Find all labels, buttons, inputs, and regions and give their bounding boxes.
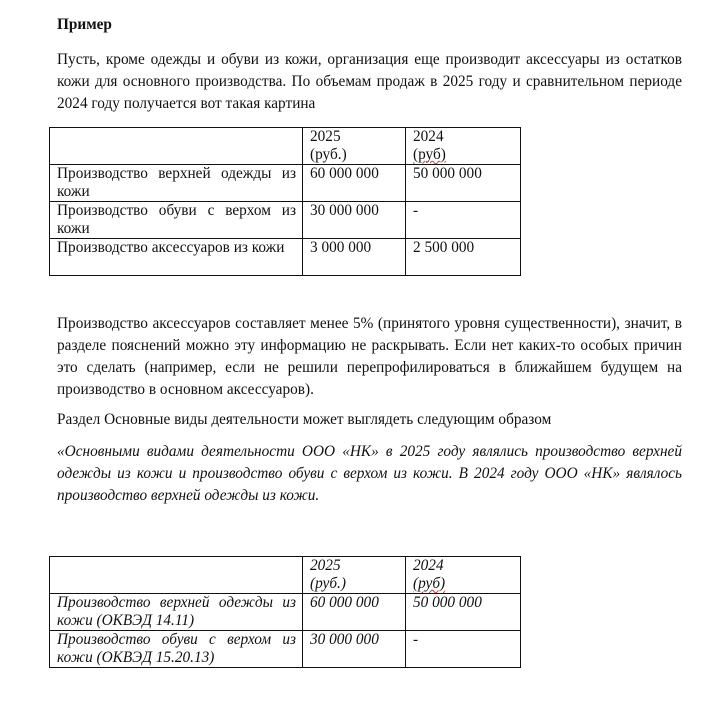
value-2025: 60 000 000 xyxy=(303,165,406,202)
table-row: Производство обуви с верхом из кожи (ОКВ… xyxy=(50,631,521,668)
materiality-paragraph: Производство аксессуаров составляет мене… xyxy=(57,313,682,401)
header-cell-2024: 2024(руб) xyxy=(406,557,521,594)
header-cell-empty xyxy=(50,128,303,165)
header-cell-2025: 2025(руб.) xyxy=(303,557,406,594)
table-header-row: 2025(руб.) 2024(руб) xyxy=(50,128,521,165)
section-intro-paragraph: Раздел Основные виды деятельности может … xyxy=(57,409,682,431)
row-label: Производство обуви с верхом из кожи (ОКВ… xyxy=(50,631,303,668)
spellcheck-underline: (руб) xyxy=(413,575,445,592)
table-header-row: 2025(руб.) 2024(руб) xyxy=(50,557,521,594)
sales-table: 2025(руб.) 2024(руб) Производство верхне… xyxy=(49,127,521,276)
activities-table: 2025(руб.) 2024(руб) Производство верхне… xyxy=(49,556,521,668)
value-2024: - xyxy=(406,202,521,239)
value-2025: 30 000 000 xyxy=(303,202,406,239)
value-2025: 60 000 000 xyxy=(303,594,406,631)
quote-paragraph: «Основными видами деятельности ООО «НК» … xyxy=(57,441,682,507)
header-cell-2024: 2024(руб) xyxy=(406,128,521,165)
header-cell-empty xyxy=(50,557,303,594)
value-2024: 50 000 000 xyxy=(406,165,521,202)
spellcheck-underline: (руб) xyxy=(413,146,446,163)
value-2024: 50 000 000 xyxy=(406,594,521,631)
table-row: Производство обуви с верхом из кожи 30 0… xyxy=(50,202,521,239)
row-label: Производство верхней одежды из кожи xyxy=(50,165,303,202)
table-row: Производство верхней одежды из кожи (ОКВ… xyxy=(50,594,521,631)
value-2024: 2 500 000 xyxy=(406,239,521,276)
row-label: Производство верхней одежды из кожи (ОКВ… xyxy=(50,594,303,631)
intro-paragraph: Пусть, кроме одежды и обуви из кожи, орг… xyxy=(57,49,682,115)
header-cell-2025: 2025(руб.) xyxy=(303,128,406,165)
value-2024: - xyxy=(406,631,521,668)
row-label: Производство обуви с верхом из кожи xyxy=(50,202,303,239)
row-label: Производство аксессуаров из кожи xyxy=(50,239,303,276)
table-row: Производство верхней одежды из кожи 60 0… xyxy=(50,165,521,202)
value-2025: 3 000 000 xyxy=(303,239,406,276)
table-row: Производство аксессуаров из кожи 3 000 0… xyxy=(50,239,521,276)
example-heading: Пример xyxy=(57,16,112,34)
value-2025: 30 000 000 xyxy=(303,631,406,668)
